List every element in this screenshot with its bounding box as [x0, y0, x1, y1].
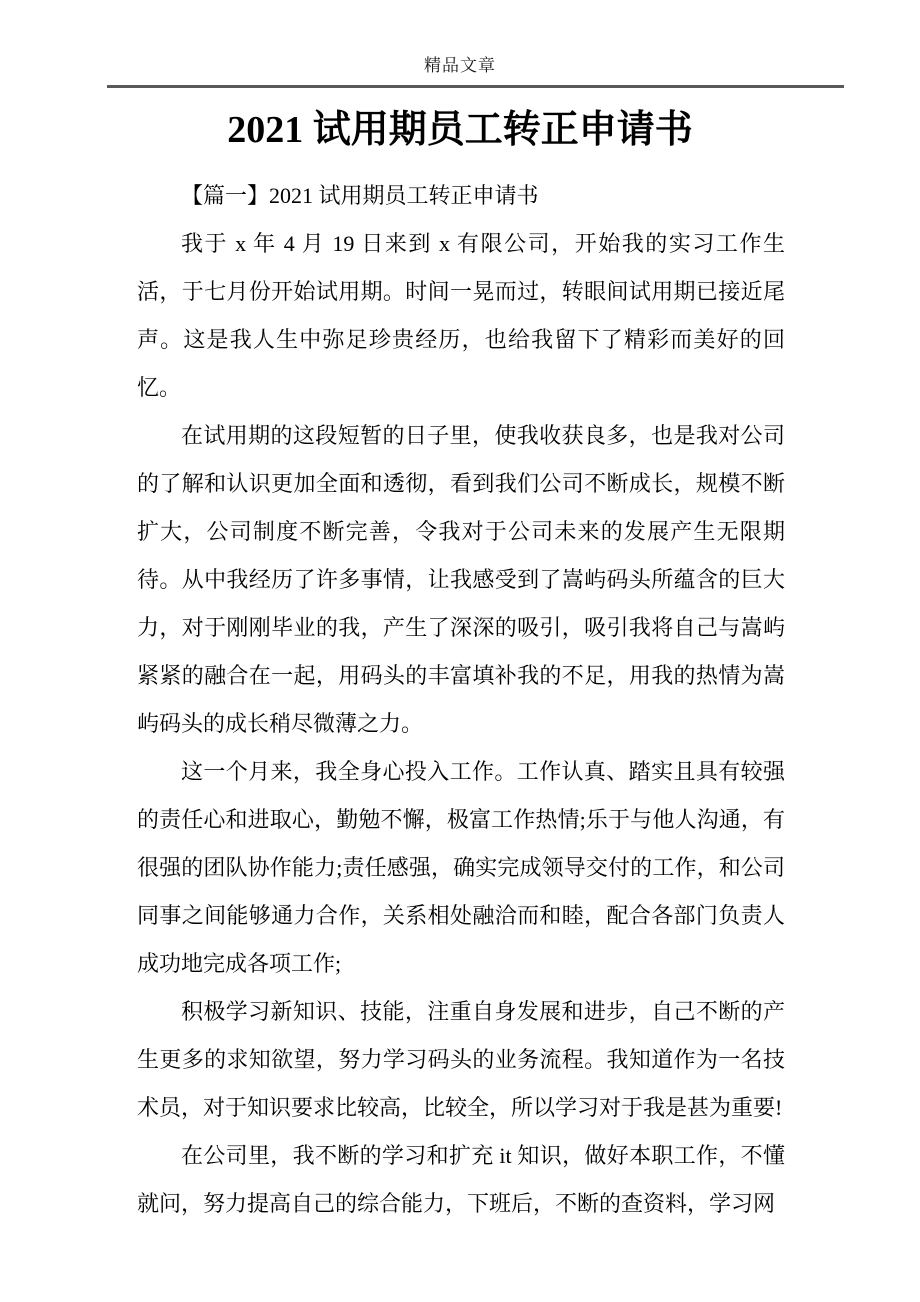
header-divider — [107, 85, 844, 88]
document-title: 2021 试用期员工转正申请书 — [0, 104, 920, 156]
document-page: 精品文章 2021 试用期员工转正申请书 【篇一】2021 试用期员工转正申请书… — [0, 0, 920, 1302]
document-body: 【篇一】2021 试用期员工转正申请书 我于 x 年 4 月 19 日来到 x … — [137, 172, 785, 1228]
paragraph: 在试用期的这段短暂的日子里，使我收获良多，也是我对公司的了解和认识更加全面和透彻… — [137, 412, 785, 748]
paragraph: 这一个月来，我全身心投入工作。工作认真、踏实且具有较强的责任心和进取心，勤勉不懈… — [137, 748, 785, 988]
paragraph: 在公司里，我不断的学习和扩充 it 知识，做好本职工作，不懂就问，努力提高自己的… — [137, 1132, 785, 1228]
page-header-text: 精品文章 — [0, 54, 920, 78]
paragraph: 我于 x 年 4 月 19 日来到 x 有限公司，开始我的实习工作生活，于七月份… — [137, 220, 785, 412]
section-heading: 【篇一】2021 试用期员工转正申请书 — [137, 172, 785, 220]
paragraph: 积极学习新知识、技能，注重自身发展和进步，自己不断的产生更多的求知欲望，努力学习… — [137, 988, 785, 1132]
